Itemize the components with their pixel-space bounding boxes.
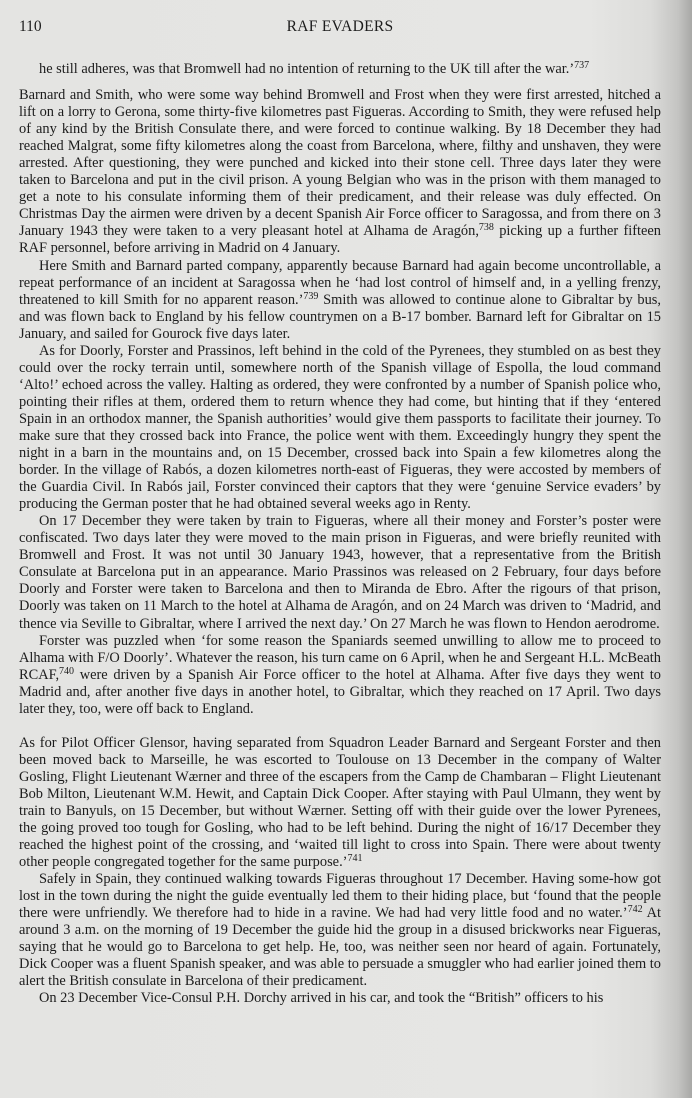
paragraph: As for Pilot Officer Glensor, having sep… [19,735,661,871]
paragraph: On 23 December Vice-Consul P.H. Dorchy a… [19,990,661,1007]
paragraph: Safely in Spain, they continued walking … [19,871,661,990]
page-header: 110 RAF EVADERS [19,18,661,42]
page-body: he still adheres, was that Bromwell had … [19,61,661,1008]
paragraph: Barnard and Smith, who were some way beh… [19,87,661,257]
footnote-ref: 738 [479,222,494,233]
paragraph-continuation: he still adheres, was that Bromwell had … [19,61,661,78]
footnote-ref: 739 [303,291,318,302]
footnote-ref: 741 [347,853,362,864]
running-head: RAF EVADERS [19,18,661,36]
footnote-ref: 742 [628,904,643,915]
paragraph: As for Doorly, Forster and Prassinos, le… [19,343,661,513]
footnote-ref: 737 [574,60,589,71]
book-page: 110 RAF EVADERS he still adheres, was th… [19,18,661,1008]
footnote-ref: 740 [59,666,74,677]
paragraph: Forster was puzzled when ‘for some reaso… [19,633,661,718]
paragraph: On 17 December they were taken by train … [19,513,661,632]
paragraph: Here Smith and Barnard parted company, a… [19,258,661,343]
